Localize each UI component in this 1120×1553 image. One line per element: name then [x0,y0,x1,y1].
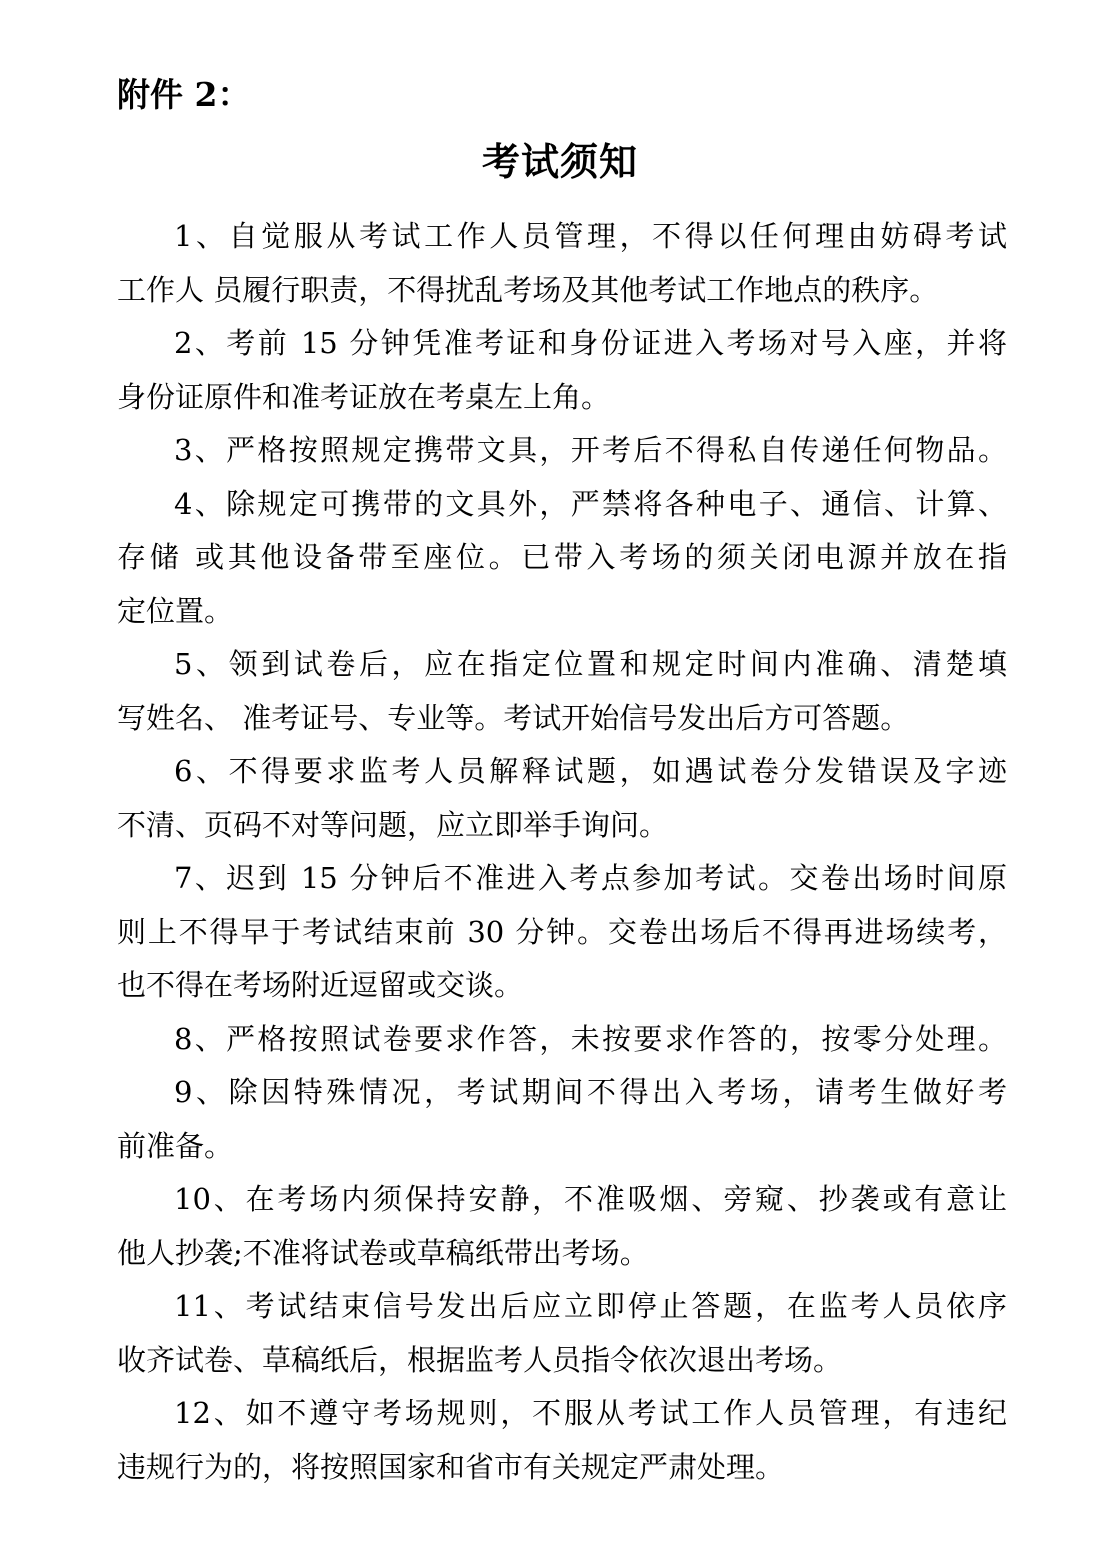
paragraph-10-line-2: 他人抄袭;不准将试卷或草稿纸带出考场。 [117,1227,1007,1281]
paragraph-6-line-2: 不清、页码不对等问题，应立即举手询问。 [117,799,1007,853]
document-page: 附件 2： 考试须知 1、自觉服从考试工作人员管理，不得以任何理由妨碍考试 工作… [0,0,1120,1553]
paragraph-5-line-2: 写姓名、 准考证号、专业等。考试开始信号发出后方可答题。 [117,692,1007,746]
paragraph-2-line-1: 2、考前 15 分钟凭准考证和身份证进入考场对号入座，并将 [117,317,1007,371]
paragraph-4-line-1: 4、除规定可携带的文具外，严禁将各种电子、通信、计算、 [117,478,1007,532]
paragraph-7-line-2: 则上不得早于考试结束前 30 分钟。交卷出场后不得再进场续考， [117,906,1007,960]
paragraph-4-line-2: 存储 或其他设备带至座位。已带入考场的须关闭电源并放在指 [117,531,1007,585]
paragraph-7-line-3: 也不得在考场附近逗留或交谈。 [117,959,1007,1013]
paragraph-10-line-1: 10、在考场内须保持安静，不准吸烟、旁窥、抄袭或有意让 [117,1173,1007,1227]
document-body: 1、自觉服从考试工作人员管理，不得以任何理由妨碍考试 工作人 员履行职责，不得扰… [117,210,1007,1494]
paragraph-11-line-1: 11、考试结束信号发出后应立即停止答题，在监考人员依序 [117,1280,1007,1334]
paragraph-11-line-2: 收齐试卷、草稿纸后，根据监考人员指令依次退出考场。 [117,1334,1007,1388]
document-title: 考试须知 [0,132,1120,192]
paragraph-8-line-1: 8、严格按照试卷要求作答，未按要求作答的，按零分处理。 [117,1013,1007,1067]
attachment-label: 附件 2： [117,70,250,120]
paragraph-1-line-1: 1、自觉服从考试工作人员管理，不得以任何理由妨碍考试 [117,210,1007,264]
paragraph-12-line-1: 12、如不遵守考场规则，不服从考试工作人员管理，有违纪 [117,1387,1007,1441]
paragraph-6-line-1: 6、不得要求监考人员解释试题，如遇试卷分发错误及字迹 [117,745,1007,799]
paragraph-12-line-2: 违规行为的，将按照国家和省市有关规定严肃处理。 [117,1441,1007,1495]
paragraph-4-line-3: 定位置。 [117,585,1007,639]
paragraph-2-line-2: 身份证原件和准考证放在考桌左上角。 [117,371,1007,425]
paragraph-1-line-2: 工作人 员履行职责，不得扰乱考场及其他考试工作地点的秩序。 [117,264,1007,318]
paragraph-3-line-1: 3、严格按照规定携带文具，开考后不得私自传递任何物品。 [117,424,1007,478]
paragraph-7-line-1: 7、迟到 15 分钟后不准进入考点参加考试。交卷出场时间原 [117,852,1007,906]
paragraph-5-line-1: 5、领到试卷后，应在指定位置和规定时间内准确、清楚填 [117,638,1007,692]
paragraph-9-line-2: 前准备。 [117,1120,1007,1174]
paragraph-9-line-1: 9、除因特殊情况，考试期间不得出入考场，请考生做好考 [117,1066,1007,1120]
